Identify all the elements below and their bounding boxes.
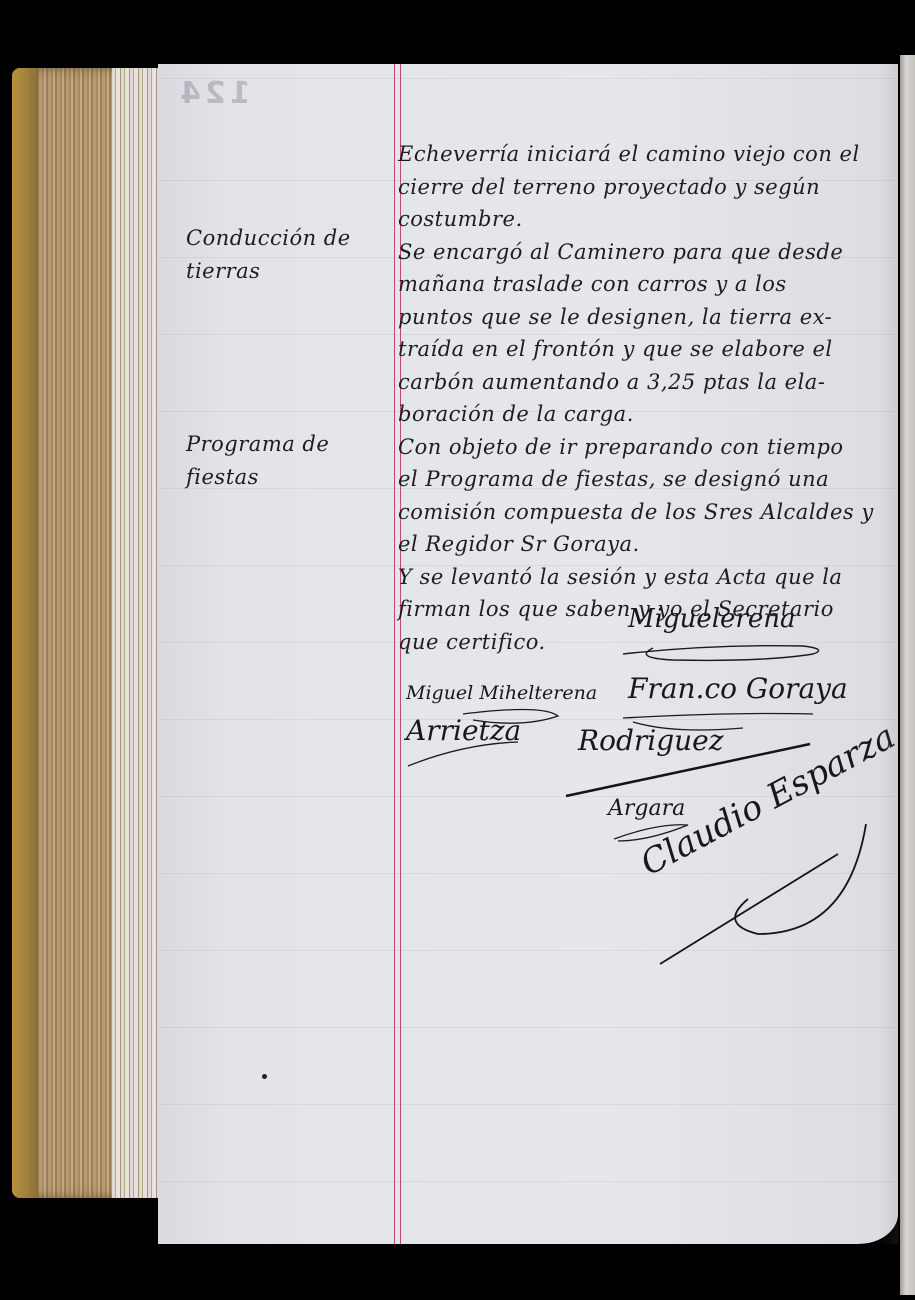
ledger-page: 124 Conducción de tierras Programa de fi… bbox=[158, 64, 898, 1244]
bleed-through-page-number: 124 bbox=[176, 76, 251, 111]
body-line: comisión compuesta de los Sres Alcaldes … bbox=[398, 496, 888, 529]
body-line: carbón aumentando a 3,25 ptas la ela- bbox=[398, 366, 888, 399]
minutes-body: Echeverría iniciará el camino viejo con … bbox=[398, 138, 888, 658]
body-line: Con objeto de ir preparando con tiempo bbox=[398, 431, 888, 464]
signature-franco-goraya: Fran.co Goraya bbox=[628, 672, 848, 705]
margin-note-programa: Programa de fiestas bbox=[186, 428, 386, 493]
margin-note-line: Conducción de bbox=[186, 222, 386, 255]
facing-page-edge bbox=[900, 55, 915, 1295]
body-line: Echeverría iniciará el camino viejo con … bbox=[398, 138, 888, 171]
margin-note-line: Programa de bbox=[186, 428, 386, 461]
flourish-arrieta bbox=[403, 704, 573, 774]
flourish-esparza bbox=[648, 804, 878, 974]
body-line: costumbre. bbox=[398, 203, 888, 236]
margin-note-conduccion: Conducción de tierras bbox=[186, 222, 386, 287]
margin-note-line: tierras bbox=[186, 255, 386, 288]
body-line: puntos que se le designen, la tierra ex- bbox=[398, 301, 888, 334]
flourish-miguelerena bbox=[613, 634, 833, 674]
body-line: traída en el frontón y que se elabore el bbox=[398, 333, 888, 366]
body-line: mañana traslade con carros y a los bbox=[398, 268, 888, 301]
body-line: Se encargó al Caminero para que desde bbox=[398, 236, 888, 269]
body-line: cierre del terreno proyectado y según bbox=[398, 171, 888, 204]
gilded-edge bbox=[12, 68, 38, 1198]
body-line: boración de la carga. bbox=[398, 398, 888, 431]
margin-note-line: fiestas bbox=[186, 461, 386, 494]
body-line: Y se levantó la sesión y esta Acta que l… bbox=[398, 561, 888, 594]
signature-miguelerena: Miguelerena bbox=[628, 604, 795, 634]
body-line: el Regidor Sr Goraya. bbox=[398, 528, 888, 561]
ink-spot bbox=[262, 1074, 267, 1079]
sheet-edges bbox=[112, 68, 160, 1198]
body-line: el Programa de fiestas, se designó una bbox=[398, 463, 888, 496]
signature-miguel-mihelterena: Miguel Mihelterena bbox=[406, 682, 597, 704]
